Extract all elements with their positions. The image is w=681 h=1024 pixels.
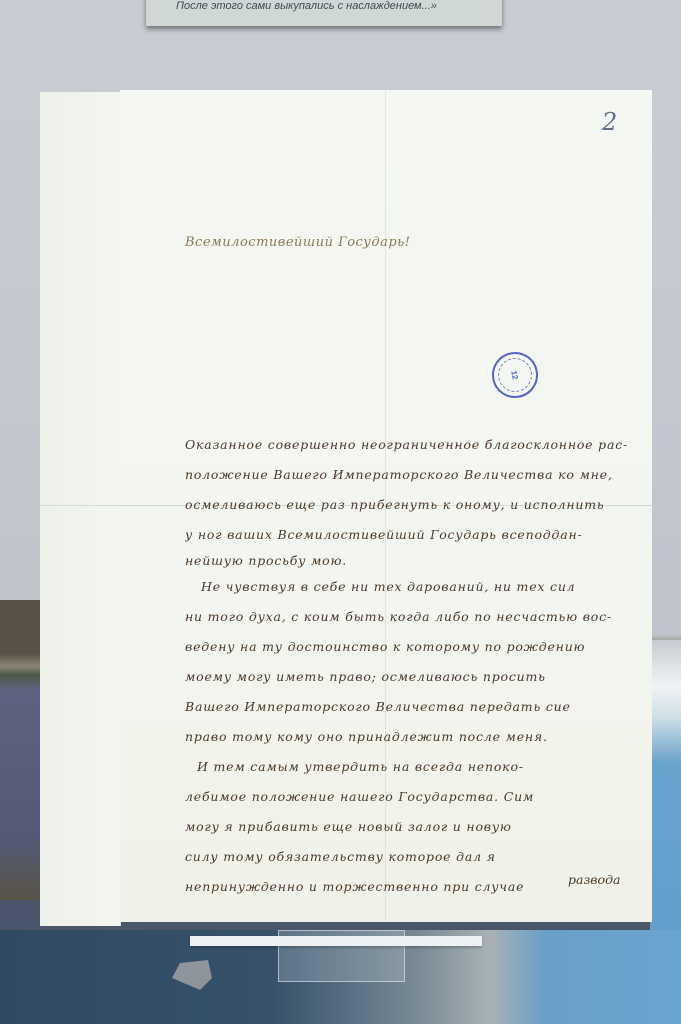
display-ledge <box>190 936 482 946</box>
display-case-wall-left <box>0 600 45 900</box>
letter-line: могу я прибавить еще новый залог и новую <box>185 812 645 842</box>
stamp-number: 12 <box>510 370 520 380</box>
letter-line: Вашего Императорского Величества передат… <box>185 692 645 722</box>
letter-line: силу тому обязательству которое дал я <box>185 842 645 872</box>
letter-body: Оказанное совершенно неограниченное благ… <box>185 430 645 902</box>
letter-line: нейшую просьбу мою. <box>185 550 645 572</box>
exhibit-label-card: После этого сами выкупались с наслаждени… <box>146 0 502 26</box>
letter-line: у ног ваших Всемилостивейший Государь вс… <box>185 520 645 550</box>
letter-line: ведену на ту достоинство к которому по р… <box>185 632 645 662</box>
letter-line: положение Вашего Императорского Величест… <box>185 460 645 490</box>
letter-line: моему могу иметь право; осмеливаюсь прос… <box>185 662 645 692</box>
letter-line: лебимое положение нашего Государства. Си… <box>185 782 645 812</box>
letter-line: Не чувствуя в себе ни тех дарований, ни … <box>185 572 645 602</box>
exhibit-label-text: После этого сами выкупались с наслаждени… <box>176 0 437 12</box>
letter-line: право тому кому оно принадлежит после ме… <box>185 722 645 752</box>
page-number: 2 <box>602 108 617 136</box>
letter-line: Оказанное совершенно неограниченное благ… <box>185 430 645 460</box>
handwritten-letter: 2 Всемилостивейший Государь! 12 Оказанно… <box>40 90 652 926</box>
letter-salutation: Всемилостивейший Государь! <box>185 235 410 250</box>
letter-closing-word: развода <box>568 872 620 887</box>
letter-line: ни того духа, с коим быть когда либо по … <box>185 602 645 632</box>
letter-line: осмеливаюсь еще раз прибегнуть к оному, … <box>185 490 645 520</box>
letter-fold-flap <box>40 92 121 926</box>
letter-line: И тем самым утвердить на всегда непоко- <box>185 752 645 782</box>
